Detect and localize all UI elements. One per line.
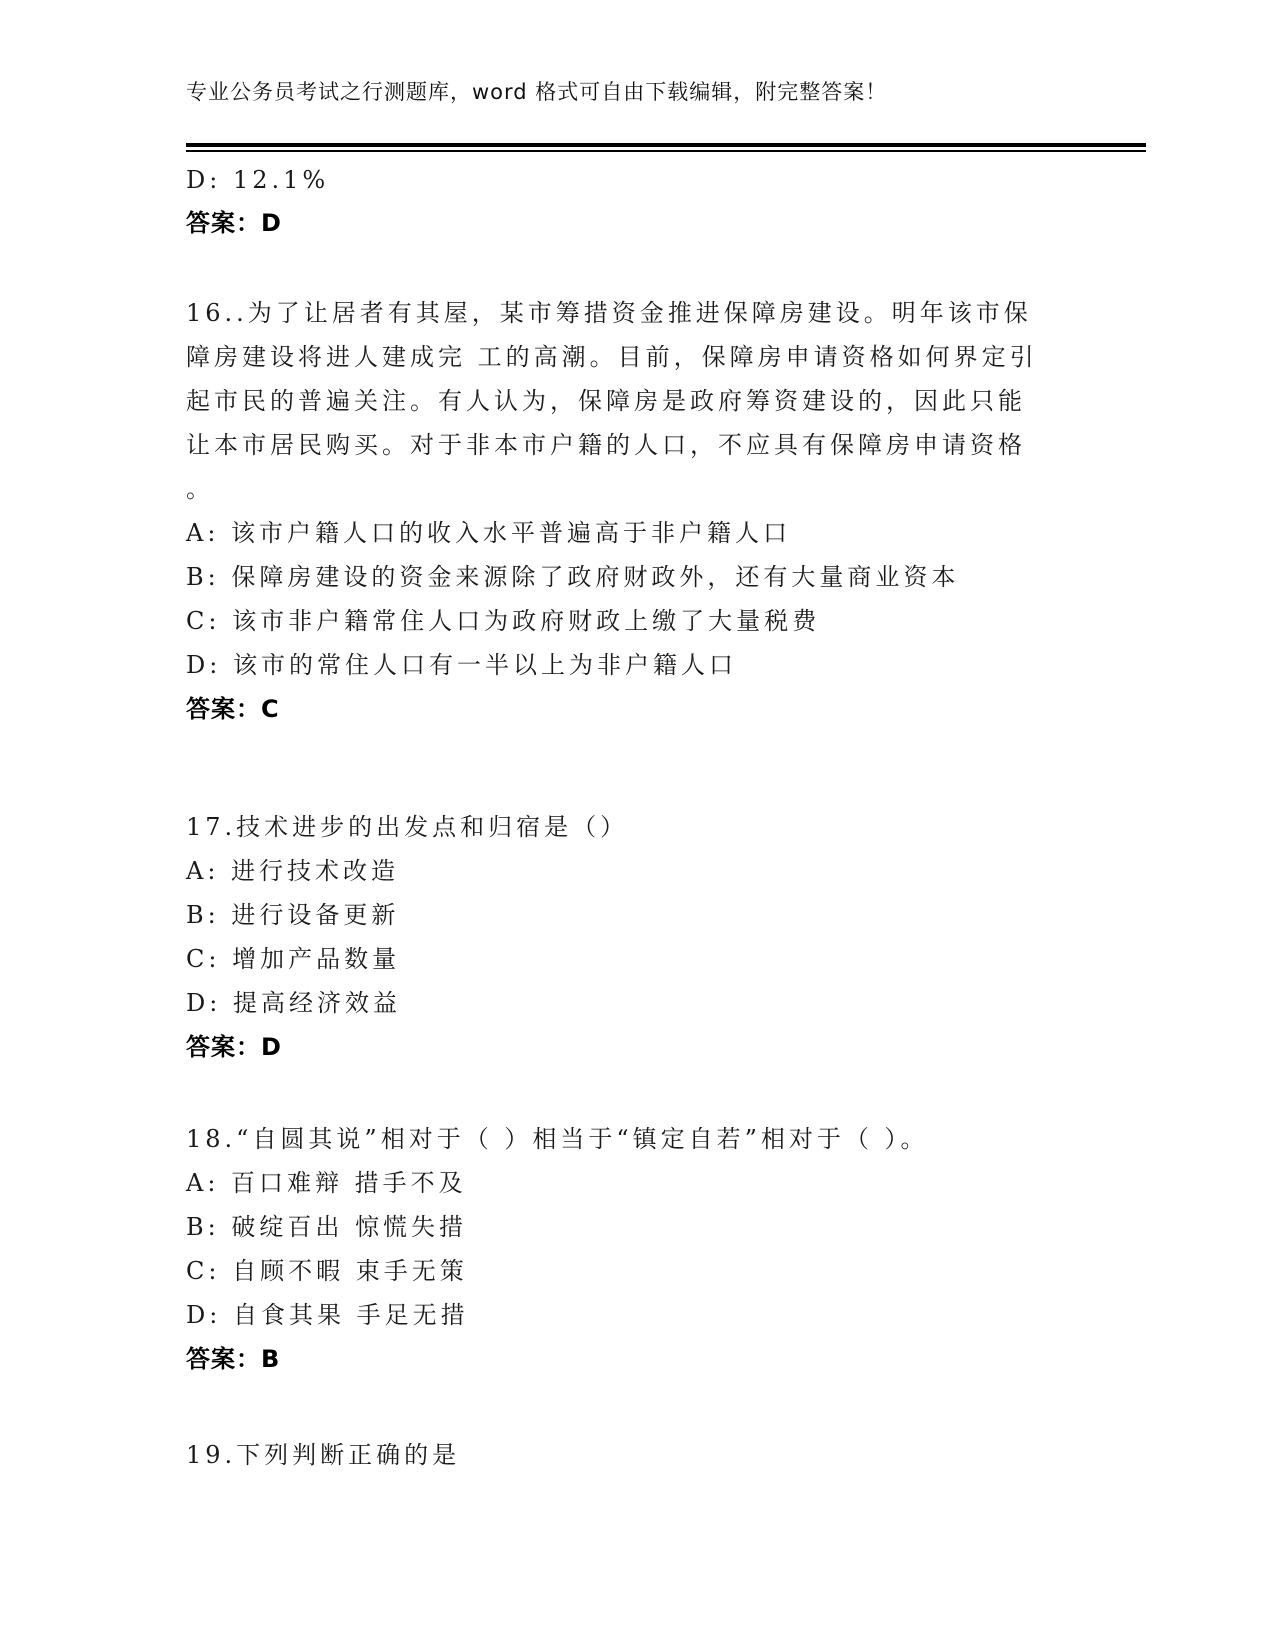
header-divider-thick [186,143,1146,147]
question-stem: 16..为了让居者有其屋，某市筹措资金推进保障房建设。明年该市保 [186,298,1032,328]
option-d: D: 提高经济效益 [186,988,401,1018]
question-stem: 起市民的普遍关注。有人认为，保障房是政府筹资建设的，因此只能 [186,386,1026,416]
header-divider-thin [186,150,1146,152]
page-header: 专业公务员考试之行测题库，word 格式可自由下载编辑，附完整答案！ [186,76,887,106]
option-b: B: 进行设备更新 [186,900,399,930]
question-stem: 让本市居民购买。对于非本市户籍的人口，不应具有保障房申请资格 [186,430,1026,460]
option-d: D: 12.1% [186,165,329,195]
answer-label: 答案：D [186,1032,282,1062]
document-page: 专业公务员考试之行测题库，word 格式可自由下载编辑，附完整答案！ D: 12… [0,0,1275,1650]
answer-label: 答案：C [186,694,280,724]
option-c: C: 该市非户籍常住人口为政府财政上缴了大量税费 [186,606,820,636]
option-c: C: 自顾不暇 束手无策 [186,1256,468,1286]
option-a: A: 该市户籍人口的收入水平普遍高于非户籍人口 [186,518,791,548]
header-divider [186,143,1146,152]
option-a: A: 进行技术改造 [186,856,399,886]
question-stem: 。 [186,474,214,504]
option-d: D: 自食其果 手足无措 [186,1300,469,1330]
option-a: A: 百口难辩 措手不及 [186,1168,467,1198]
option-b: B: 保障房建设的资金来源除了政府财政外，还有大量商业资本 [186,562,959,592]
question-stem: 障房建设将进人建成完 工的高潮。目前，保障房申请资格如何界定引 [186,342,1038,372]
answer-label: 答案：D [186,208,282,238]
answer-label: 答案：B [186,1344,280,1374]
question-stem: 17.技术进步的出发点和归宿是（） [186,812,628,842]
option-d: D: 该市的常住人口有一半以上为非户籍人口 [186,650,737,680]
question-stem: 18.“自圆其说”相对于（ ）相当于“镇定自若”相对于（ ）。 [186,1124,929,1154]
question-stem: 19.下列判断正确的是 [186,1440,460,1470]
option-c: C: 增加产品数量 [186,944,400,974]
option-b: B: 破绽百出 惊慌失措 [186,1212,467,1242]
